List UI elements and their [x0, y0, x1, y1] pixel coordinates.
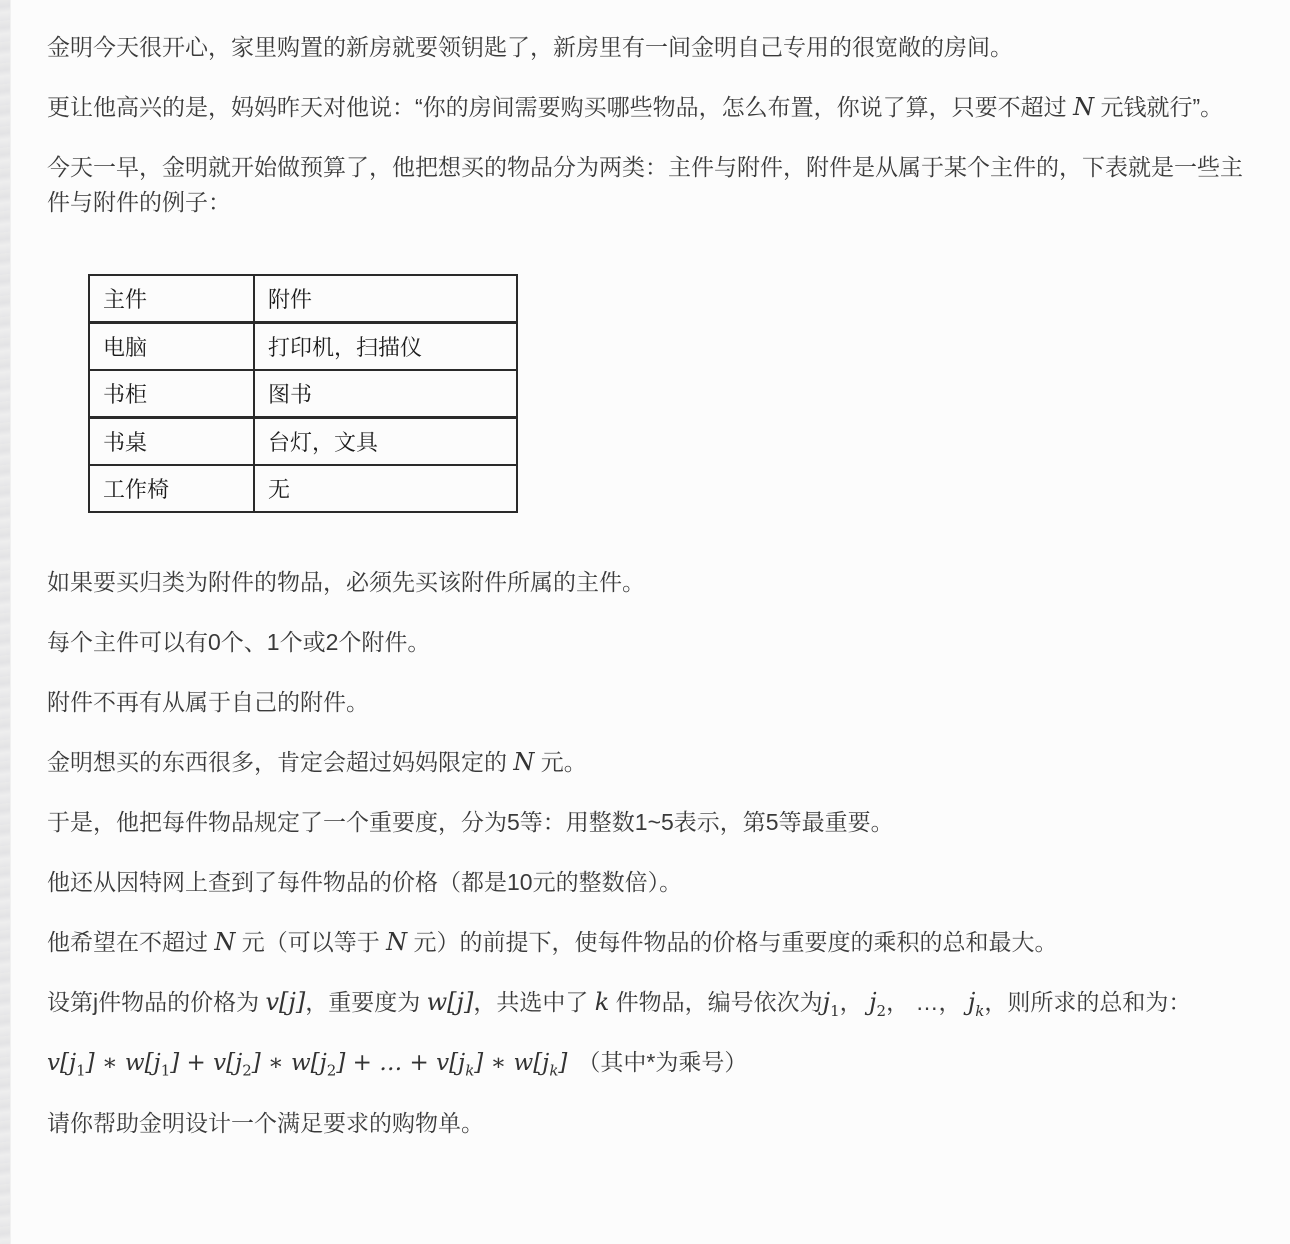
- math-token-j2: j2: [869, 988, 886, 1016]
- table-row: 工作椅 无: [89, 465, 517, 512]
- formula-subscript: 2: [242, 1062, 252, 1080]
- text-run: 更让他高兴的是，妈妈昨天对他说：“你的房间需要购买哪些物品，怎么布置，你说了算，…: [47, 94, 1073, 120]
- table-cell: 无: [254, 465, 517, 512]
- text-run: 元。: [534, 749, 586, 775]
- formula-subscript: k: [465, 1062, 474, 1080]
- text-run: ，共选中了: [473, 989, 594, 1015]
- formula-subscript: 1: [76, 1062, 86, 1080]
- math-token-jk: jk: [968, 988, 985, 1016]
- problem-statement: 金明今天很开心，家里购置的新房就要领钥匙了，新房里有一间金明自己专用的很宽敞的房…: [10, 0, 1253, 1166]
- table-row: 书柜 图书: [89, 370, 517, 418]
- math-token-vj: v[j]: [266, 988, 306, 1016]
- formula-segment: ] + v[j: [170, 1050, 242, 1076]
- paragraph-objective: 他希望在不超过 N 元（可以等于 N 元）的前提下，使每件物品的价格与重要度的乘…: [47, 925, 1247, 960]
- math-token-wj: w[j]: [427, 988, 474, 1016]
- math-token-k: k: [595, 988, 610, 1016]
- text-run: 元）的前提下，使每件物品的价格与重要度的乘积的总和最大。: [407, 929, 1057, 955]
- paragraph-rule-count: 每个主件可以有0个、1个或2个附件。: [47, 625, 1247, 660]
- table-row: 书桌 台灯，文具: [89, 418, 517, 466]
- formula-note: （其中*为乘号）: [577, 1049, 747, 1075]
- table-cell: 书柜: [89, 370, 254, 418]
- formula-segment: ] ∗ w[j: [86, 1050, 161, 1076]
- table-cell: 工作椅: [89, 465, 254, 512]
- paragraph-definitions: 设第j件物品的价格为 v[j]，重要度为 w[j]，共选中了 k 件物品，编号依…: [47, 985, 1247, 1020]
- formula-segment: ] + … + v[j: [336, 1050, 465, 1076]
- math-token-N: N: [386, 928, 407, 956]
- text-run: 元钱就行”。: [1094, 94, 1223, 120]
- formula-segment: ] ∗ w[j: [252, 1050, 327, 1076]
- paragraph-over-budget: 金明想买的东西很多，肯定会超过妈妈限定的 N 元。: [47, 745, 1247, 780]
- math-base: j: [823, 988, 830, 1016]
- table-cell: 图书: [254, 370, 517, 418]
- formula-segment: ]: [558, 1050, 567, 1076]
- paragraph-task: 请你帮助金明设计一个满足要求的购物单。: [47, 1106, 1247, 1141]
- table-header-main: 主件: [89, 275, 254, 323]
- formula-subscript: 2: [327, 1062, 337, 1080]
- math-subscript: 2: [877, 1002, 887, 1020]
- math-token-j1: j1: [823, 988, 840, 1016]
- table-cell: 打印机，扫描仪: [254, 323, 517, 371]
- table-header-accessory: 附件: [254, 275, 517, 323]
- table-header-row: 主件 附件: [89, 275, 517, 323]
- paragraph-categories: 今天一早，金明就开始做预算了，他把想买的物品分为两类：主件与附件，附件是从属于某…: [47, 150, 1247, 220]
- text-run: 他希望在不超过: [47, 929, 214, 955]
- items-table: 主件 附件 电脑 打印机，扫描仪 书柜 图书 书桌 台灯，文具 工作椅 无: [88, 274, 518, 513]
- paragraph-prices: 他还从因特网上查到了每件物品的价格（都是10元的整数倍）。: [47, 865, 1247, 900]
- math-token-N: N: [513, 748, 534, 776]
- math-subscript: 1: [830, 1002, 840, 1020]
- table-cell: 书桌: [89, 418, 254, 466]
- text-run: ，则所求的总和为：: [984, 989, 1191, 1015]
- paragraph-intro: 金明今天很开心，家里购置的新房就要领钥匙了，新房里有一间金明自己专用的很宽敞的房…: [47, 30, 1247, 65]
- paragraph-rule-no-nested: 附件不再有从属于自己的附件。: [47, 685, 1247, 720]
- formula-sum: v[j1] ∗ w[j1] + v[j2] ∗ w[j2] + … + v[jk…: [47, 1045, 1247, 1081]
- text-run: ，重要度为: [305, 989, 426, 1015]
- text-run: 金明想买的东西很多，肯定会超过妈妈限定的: [47, 749, 513, 775]
- text-run: 件物品，编号依次为: [609, 989, 822, 1015]
- paragraph-budget-promise: 更让他高兴的是，妈妈昨天对他说：“你的房间需要购买哪些物品，怎么布置，你说了算，…: [47, 90, 1247, 125]
- formula-segment: ] ∗ w[j: [474, 1050, 549, 1076]
- table-row: 电脑 打印机，扫描仪: [89, 323, 517, 371]
- text-run: ，: [840, 989, 869, 1015]
- math-base: j: [869, 988, 876, 1016]
- text-run: ， …，: [886, 989, 968, 1015]
- math-token-N: N: [214, 928, 235, 956]
- paragraph-rule-accessory: 如果要买归类为附件的物品，必须先买该附件所属的主件。: [47, 565, 1247, 600]
- table-cell: 电脑: [89, 323, 254, 371]
- formula-segment: v[j: [47, 1050, 76, 1076]
- paragraph-importance: 于是，他把每件物品规定了一个重要度，分为5等：用整数1~5表示，第5等最重要。: [47, 805, 1247, 840]
- text-run: 设第j件物品的价格为: [47, 989, 266, 1015]
- formula-subscript: 1: [161, 1062, 171, 1080]
- text-run: 元（可以等于: [235, 929, 386, 955]
- table-cell: 台灯，文具: [254, 418, 517, 466]
- math-token-N: N: [1073, 93, 1094, 121]
